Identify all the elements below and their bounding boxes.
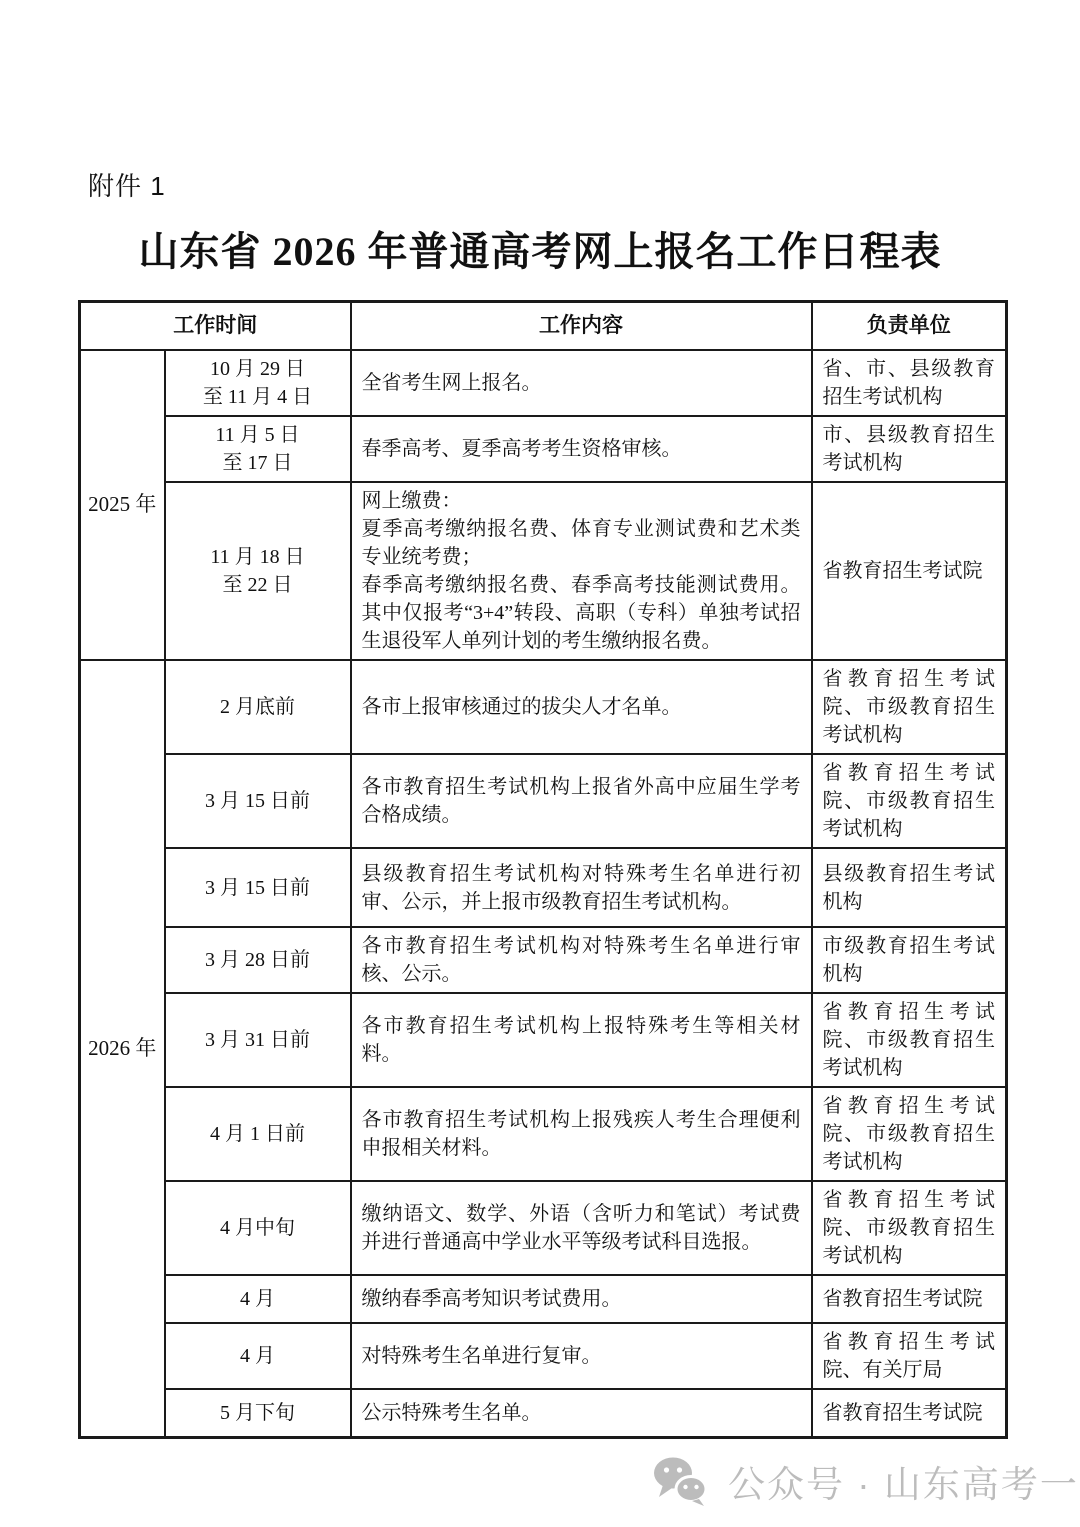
table-row: 4 月 1 日前 各市教育招生考试机构上报残疾人考生合理便利申报相关材料。 省教…	[80, 1087, 1007, 1181]
content-cell: 公示特殊考生名单。	[351, 1389, 812, 1437]
table-row: 3 月 28 日前 各市教育招生考试机构对特殊考生名单进行审核、公示。 市级教育…	[80, 927, 1007, 993]
table-row: 3 月 31 日前 各市教育招生考试机构上报特殊考生等相关材料。 省教育招生考试…	[80, 993, 1007, 1087]
unit-cell: 省教育招生考试院	[812, 1275, 1007, 1323]
time-cell: 11 月 5 日 至 17 日	[165, 416, 351, 482]
time-cell: 2 月底前	[165, 660, 351, 754]
attachment-label: 附件 1	[88, 166, 166, 203]
unit-cell: 省教育招生考试院、市级教育招生考试机构	[812, 1087, 1007, 1181]
content-cell: 各市教育招生考试机构上报省外高中应届生学考合格成绩。	[351, 754, 812, 848]
unit-cell: 县级教育招生考试机构	[812, 848, 1007, 927]
time-cell: 3 月 15 日前	[165, 848, 351, 927]
content-cell: 缴纳春季高考知识考试费用。	[351, 1275, 812, 1323]
wechat-watermark: 公众号 · 山东高考一点通	[652, 1450, 1080, 1512]
table-row: 4 月 缴纳春季高考知识考试费用。 省教育招生考试院	[80, 1275, 1007, 1323]
wechat-icon	[652, 1455, 710, 1507]
content-cell: 缴纳语文、数学、外语（含听力和笔试）考试费并进行普通高中学业水平等级考试科目选报…	[351, 1181, 812, 1275]
year-cell-2025: 2025 年	[80, 350, 165, 660]
unit-cell: 省教育招生考试院、市级教育招生考试机构	[812, 754, 1007, 848]
table-row: 2026 年 2 月底前 各市上报审核通过的拔尖人才名单。 省教育招生考试院、市…	[80, 660, 1007, 754]
column-header-unit: 负责单位	[812, 302, 1007, 351]
page-title: 山东省 2026 年普通高考网上报名工作日程表	[0, 220, 1080, 277]
unit-cell: 省教育招生考试院、市级教育招生考试机构	[812, 660, 1007, 754]
schedule-table: 工作时间 工作内容 负责单位 2025 年 10 月 29 日 至 11 月 4…	[78, 300, 1008, 1439]
unit-cell: 省教育招生考试院	[812, 482, 1007, 660]
time-cell: 5 月下旬	[165, 1389, 351, 1437]
content-cell: 各市教育招生考试机构上报特殊考生等相关材料。	[351, 993, 812, 1087]
table-row: 11 月 5 日 至 17 日 春季高考、夏季高考考生资格审核。 市、县级教育招…	[80, 416, 1007, 482]
table-row: 4 月中旬 缴纳语文、数学、外语（含听力和笔试）考试费并进行普通高中学业水平等级…	[80, 1181, 1007, 1275]
time-cell: 4 月	[165, 1275, 351, 1323]
header-row: 工作时间 工作内容 负责单位	[80, 302, 1007, 351]
content-cell: 各市上报审核通过的拔尖人才名单。	[351, 660, 812, 754]
unit-cell: 省教育招生考试院、市级教育招生考试机构	[812, 993, 1007, 1087]
table-row: 2025 年 10 月 29 日 至 11 月 4 日 全省考生网上报名。 省、…	[80, 350, 1007, 416]
column-header-content: 工作内容	[351, 302, 812, 351]
table-row: 11 月 18 日 至 22 日 网上缴费： 夏季高考缴纳报名费、体育专业测试费…	[80, 482, 1007, 660]
column-header-time: 工作时间	[80, 302, 351, 351]
unit-cell: 市、县级教育招生考试机构	[812, 416, 1007, 482]
content-cell: 各市教育招生考试机构上报残疾人考生合理便利申报相关材料。	[351, 1087, 812, 1181]
table-row: 3 月 15 日前 县级教育招生考试机构对特殊考生名单进行初审、公示，并上报市级…	[80, 848, 1007, 927]
watermark-text: 公众号 · 山东高考一点通	[728, 1454, 1080, 1508]
time-cell: 4 月	[165, 1323, 351, 1389]
content-cell: 各市教育招生考试机构对特殊考生名单进行审核、公示。	[351, 927, 812, 993]
content-cell: 全省考生网上报名。	[351, 350, 812, 416]
content-cell: 对特殊考生名单进行复审。	[351, 1323, 812, 1389]
time-cell: 11 月 18 日 至 22 日	[165, 482, 351, 660]
time-cell: 10 月 29 日 至 11 月 4 日	[165, 350, 351, 416]
year-cell-2026: 2026 年	[80, 660, 165, 1437]
time-cell: 3 月 15 日前	[165, 754, 351, 848]
table-row: 4 月 对特殊考生名单进行复审。 省教育招生考试院、有关厅局	[80, 1323, 1007, 1389]
time-cell: 4 月中旬	[165, 1181, 351, 1275]
content-cell: 网上缴费： 夏季高考缴纳报名费、体育专业测试费和艺术类专业统考费； 春季高考缴纳…	[351, 482, 812, 660]
time-cell: 3 月 28 日前	[165, 927, 351, 993]
time-cell: 3 月 31 日前	[165, 993, 351, 1087]
unit-cell: 省教育招生考试院	[812, 1389, 1007, 1437]
content-cell: 县级教育招生考试机构对特殊考生名单进行初审、公示，并上报市级教育招生考试机构。	[351, 848, 812, 927]
unit-cell: 省、市、县级教育招生考试机构	[812, 350, 1007, 416]
time-cell: 4 月 1 日前	[165, 1087, 351, 1181]
unit-cell: 省教育招生考试院、有关厅局	[812, 1323, 1007, 1389]
content-cell: 春季高考、夏季高考考生资格审核。	[351, 416, 812, 482]
unit-cell: 省教育招生考试院、市级教育招生考试机构	[812, 1181, 1007, 1275]
unit-cell: 市级教育招生考试机构	[812, 927, 1007, 993]
table-row: 3 月 15 日前 各市教育招生考试机构上报省外高中应届生学考合格成绩。 省教育…	[80, 754, 1007, 848]
table-row: 5 月下旬 公示特殊考生名单。 省教育招生考试院	[80, 1389, 1007, 1437]
